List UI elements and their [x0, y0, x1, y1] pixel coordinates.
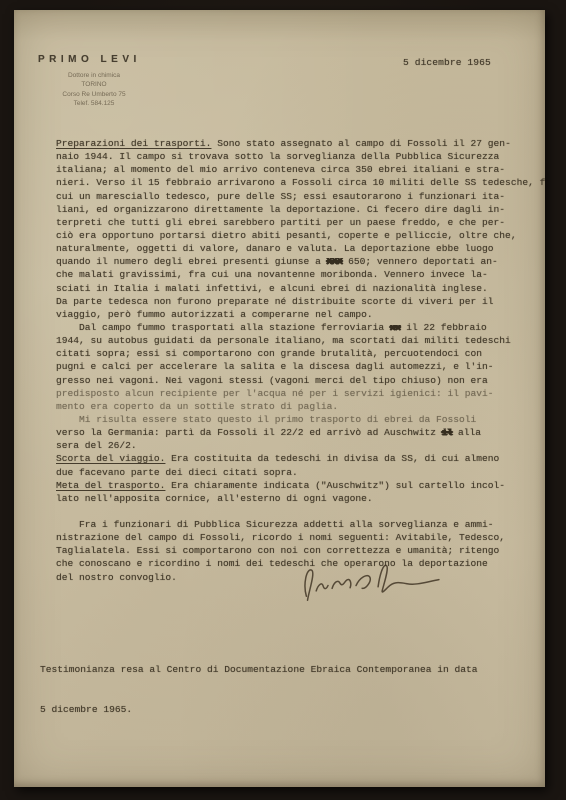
text-line: terpreti che tutti gli ebrei sarebbero p… [56, 216, 545, 229]
text-segment: Sono stato assegnato al campo di Fossoli… [211, 138, 510, 149]
text-segment: Dal campo fummo trasportati alla stazion… [56, 322, 390, 333]
text-line: due facevano parte dei dieci citati sopr… [56, 466, 545, 479]
text-line: 1944, su autobus guidati da personale it… [56, 334, 545, 347]
text-segment: del nostro convoglio. [56, 572, 177, 583]
text-segment: lato nell'apposita cornice, all'esterno … [56, 493, 373, 504]
attestation-line: Testimonianza resa al Centro di Document… [40, 663, 478, 676]
text-segment: naio 1944. Il campo si trovava sotto la … [56, 151, 499, 162]
text-line: Meta del trasporto. Era chiaramente indi… [56, 479, 545, 492]
text-line: nieri. Verso il 15 febbraio arrivarono a… [56, 176, 545, 189]
letterhead-details: Dottore in chimica TORINO Corso Re Umber… [38, 71, 150, 108]
paragraph: Meta del trasporto. Era chiaramente indi… [56, 479, 545, 505]
text-line: Da parte tedesca non furono preparate né… [56, 295, 545, 308]
text-line: quando il numero degli ebrei presenti gi… [56, 255, 545, 268]
text-line: pugni e calci per accelerare la salita e… [56, 360, 545, 373]
text-segment: Era costituita da tedeschi in divisa da … [165, 453, 499, 464]
document-paper: PRIMO LEVI Dottore in chimica TORINO Cor… [14, 10, 545, 787]
text-segment: Fra i funzionari di Pubblica Sicurezza a… [56, 519, 494, 530]
underlined-heading: Scorta del viaggio. [56, 453, 165, 464]
date-line: 5 dicembre 1965 [403, 57, 491, 68]
text-line: lato nell'apposita cornice, all'esterno … [56, 492, 545, 505]
letterhead-phone: Telef. 584.125 [38, 99, 150, 108]
text-segment: terpreti che tutti gli ebrei sarebbero p… [56, 217, 505, 228]
paragraph: Scorta del viaggio. Era costituita da te… [56, 452, 545, 478]
text-segment: italiana; al momento del mio arrivo cont… [56, 164, 505, 175]
text-line: Preparazioni dei trasporti. Sono stato a… [56, 137, 545, 150]
handwritten-signature [285, 555, 457, 613]
text-line: Mi risulta essere stato questo il primo … [56, 413, 545, 426]
text-line: viaggio, però fummo autorizzati a comper… [56, 308, 545, 321]
text-line: liani, ed organizzarono direttamente la … [56, 203, 545, 216]
text-line: predisposto alcun recipiente per l'acqua… [56, 387, 545, 400]
paragraph: Preparazioni dei trasporti. Sono stato a… [56, 137, 545, 321]
text-segment: Era chiaramente indicata ("Auschwitz") s… [165, 480, 505, 491]
text-line: Scorta del viaggio. Era costituita da te… [56, 452, 545, 465]
text-segment: verso la Germania: partì da Fossoli il 2… [56, 427, 442, 438]
letterhead-city: TORINO [38, 80, 150, 89]
underlined-heading: Meta del trasporto. [56, 480, 165, 491]
text-line: Fra i funzionari di Pubblica Sicurezza a… [56, 518, 545, 531]
attestation-line: 5 dicembre 1965. [40, 703, 478, 716]
text-segment: due facevano parte dei dieci citati sopr… [56, 467, 298, 478]
text-line: cui un maresciallo tedesco, pure delle S… [56, 190, 545, 203]
text-line: che malati gravissimi, fra cui una novan… [56, 268, 545, 281]
text-line: naturalmente, oggetti di valore, danaro … [56, 242, 545, 255]
text-segment: sciati in Italia i malati infettivi, e a… [56, 283, 488, 294]
underlined-heading: Preparazioni dei trasporti. [56, 138, 211, 149]
screenshot-root: { "colors": { "background": "#1a1511", "… [0, 0, 566, 800]
text-segment: mento era coperto da un sottile strato d… [56, 401, 338, 412]
paragraph: Dal campo fummo trasportati alla stazion… [56, 321, 545, 413]
text-segment: nistrazione del campo di Fossoli, ricord… [56, 532, 505, 543]
text-line: naio 1944. Il campo si trovava sotto la … [56, 150, 545, 163]
letterhead-name: PRIMO LEVI [38, 54, 150, 65]
text-line: verso la Germania: partì da Fossoli il 2… [56, 426, 545, 439]
text-segment: ciò era opportuno portarsi dietro abiti … [56, 230, 517, 241]
text-line: Dal campo fummo trasportati alla stazion… [56, 321, 545, 334]
text-line: sciati in Italia i malati infettivi, e a… [56, 282, 545, 295]
text-segment: predisposto alcun recipiente per l'acqua… [56, 388, 494, 399]
text-segment: Da parte tedesca non furono preparate né… [56, 296, 494, 307]
text-segment: quando il numero degli ebrei presenti gi… [56, 256, 327, 267]
text-line: citati sopra; essi si comportarono con g… [56, 347, 545, 360]
text-line: nistrazione del campo di Fossoli, ricord… [56, 531, 545, 544]
text-segment: Taglialatela. Essi si comportarono con n… [56, 545, 499, 556]
struck-out-text: il [442, 427, 453, 438]
text-segment: viaggio, però fummo autorizzati a comper… [56, 309, 373, 320]
paragraph: Mi risulta essere stato questo il primo … [56, 413, 545, 452]
text-segment: nieri. Verso il 15 febbraio arrivarono a… [56, 177, 545, 188]
text-segment: alla [452, 427, 481, 438]
struck-out-text: XXX [327, 256, 343, 267]
text-line: mento era coperto da un sottile strato d… [56, 400, 545, 413]
text-line: sera del 26/2. [56, 439, 545, 452]
text-segment: 1944, su autobus guidati da personale it… [56, 335, 511, 346]
text-segment: Mi risulta essere stato questo il primo … [56, 414, 476, 425]
attestation-note: Testimonianza resa al Centro di Document… [40, 637, 478, 743]
document-body: Preparazioni dei trasporti. Sono stato a… [56, 137, 545, 584]
text-segment: gresso nei vagoni. Nei vagoni stessi (va… [56, 375, 488, 386]
text-segment: che malati gravissimi, fra cui una novan… [56, 269, 488, 280]
text-segment: cui un maresciallo tedesco, pure delle S… [56, 191, 505, 202]
struck-out-text: xx [390, 322, 401, 333]
text-line: gresso nei vagoni. Nei vagoni stessi (va… [56, 374, 545, 387]
letterhead-title: Dottore in chimica [38, 71, 150, 80]
letterhead: PRIMO LEVI Dottore in chimica TORINO Cor… [38, 54, 150, 108]
text-line: ciò era opportuno portarsi dietro abiti … [56, 229, 545, 242]
text-segment: citati sopra; essi si comportarono con g… [56, 348, 482, 359]
text-segment: liani, ed organizzarono direttamente la … [56, 204, 505, 215]
text-segment: 650; vennero deportati an- [342, 256, 497, 267]
text-segment: sera del 26/2. [56, 440, 137, 451]
text-segment: pugni e calci per accelerare la salita e… [56, 361, 494, 372]
text-segment: il 22 febbraio [400, 322, 486, 333]
text-line: Taglialatela. Essi si comportarono con n… [56, 544, 545, 557]
text-line: italiana; al momento del mio arrivo cont… [56, 163, 545, 176]
letterhead-address: Corso Re Umberto 75 [38, 90, 150, 99]
text-segment: naturalmente, oggetti di valore, danaro … [56, 243, 494, 254]
